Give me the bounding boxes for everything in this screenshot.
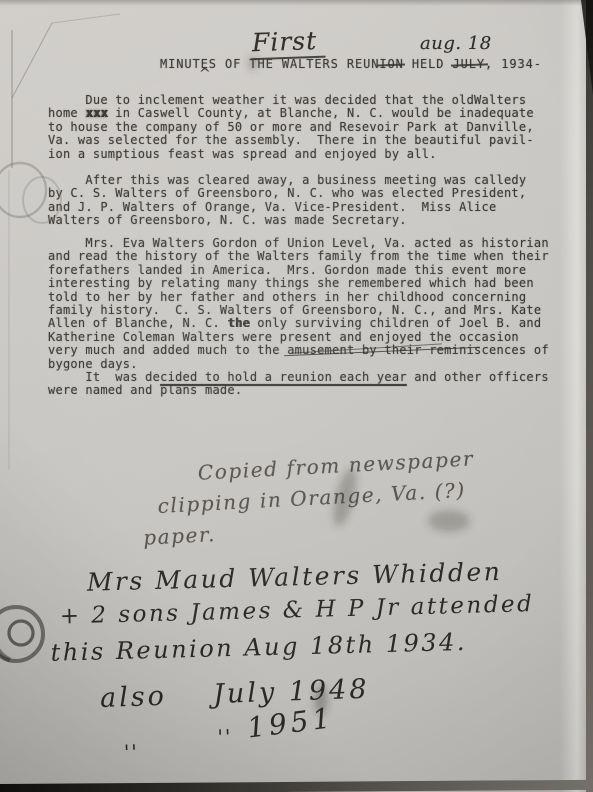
ditto-mark-mid: '' — [217, 724, 233, 749]
title-text-mid: HELD — [404, 57, 453, 71]
dark-corner-top-right — [581, 0, 593, 95]
scanned-document-photo: First aug. 18 ^ MINUTES OF THE WALTERS R… — [0, 0, 593, 792]
overtyped-word: the — [227, 316, 249, 330]
page-edge-highlight — [560, 0, 586, 792]
paragraph-2-text: After this was cleared away, a business … — [48, 173, 526, 227]
copied-from-newspaper-note: Copied from newspaper clipping in Orange… — [137, 446, 482, 574]
pen-underlined-words: cided to hold a reunion each year — [160, 370, 407, 384]
pen-struck-words: by their — [362, 343, 422, 357]
paragraph-4: It was decided to hold a reunion each ye… — [48, 371, 588, 398]
paragraph-3: Mrs. Eva Walters Gordon of Union Level, … — [48, 237, 588, 371]
attendance-note-line-3: this Reunion Aug 18th 1934. — [50, 628, 467, 667]
document-title: MINUTES OF THE WALTERS REUNION HELD JULY… — [160, 58, 590, 71]
page-edge-shadow-top — [0, 0, 593, 6]
title-year: , 1934- — [485, 57, 542, 71]
handwritten-insert-first: First — [249, 26, 325, 61]
attendance-note: Mrs Maud Walters Whidden + 2 sons James … — [49, 557, 492, 688]
paragraph-1-text-cont: in Caswell County, at Blanche, N. C. wou… — [48, 106, 534, 160]
paragraph-4-text: It was de — [48, 370, 160, 384]
ditto-mark-left: '' — [124, 740, 140, 765]
paragraph-2: After this was cleared away, a business … — [48, 174, 588, 228]
title-text-before: MINUTES OF THE WALTERS REUN — [160, 57, 379, 71]
page-edge-shadow-right — [586, 0, 593, 792]
hole-punch-mark — [0, 607, 43, 661]
attendance-note-line-2: + 2 sons James & H P Jr attended — [59, 591, 534, 629]
later-years-note: also July 1948 '' '' 1951 — [94, 673, 397, 773]
typed-over-blot: xxx — [85, 106, 107, 120]
paragraph-1: Due to inclement weather it was decided … — [48, 94, 588, 161]
title-struck-letters: ION — [379, 57, 403, 71]
struck-month: JULY — [453, 57, 486, 71]
page-edge-shadow-bottom — [0, 780, 593, 792]
copied-note-line-3: paper. — [143, 522, 217, 550]
handwritten-date-annotation: aug. 18 — [420, 33, 492, 54]
